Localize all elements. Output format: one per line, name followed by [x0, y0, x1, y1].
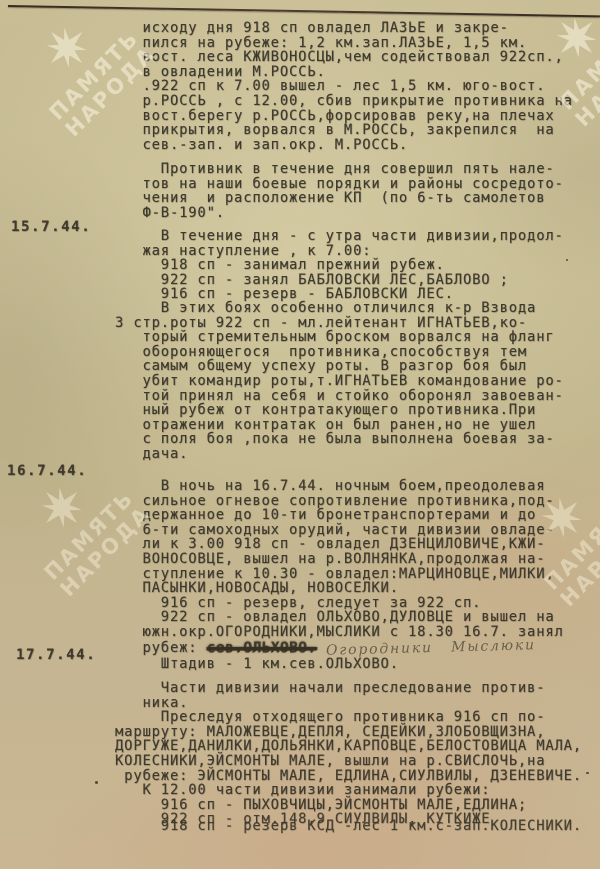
typed-line: в овладении М.РОССЬ.	[115, 65, 600, 80]
typed-line: сильное огневое сопротивление противника…	[115, 494, 600, 509]
page-top-rule	[8, 5, 600, 17]
typed-line: тов на наши боевые порядки и районы соср…	[115, 177, 600, 192]
typed-line: Ф-В-190".	[115, 206, 600, 221]
paragraph-enemy-raids: Противник в течение дня совершил пять на…	[115, 162, 600, 220]
typed-line: ПАСЫНКИ,НОВОСАДЫ, НОВОСЕЛКИ.	[115, 581, 600, 596]
paper-speck	[566, 259, 568, 261]
typed-line: ный рубеж от контратакующего противника.…	[115, 403, 600, 418]
rubezh-label: рубеж:	[115, 640, 207, 656]
typed-line: Преследуя отходящего противника 916 сп п…	[115, 710, 600, 725]
paragraph-ignatyev: В этих боях особенно отличился к-р Взвод…	[115, 301, 600, 462]
typed-line: торый стремительным броском ворвался на …	[115, 330, 600, 345]
typed-line: вост. леса КЖИВОНОСЦЫ,чем содействовал 9…	[115, 50, 600, 65]
typed-line: КОЛЕСНИКИ,ЭЙСМОНТЫ МАЛЕ, вышли на р.СВИС…	[115, 754, 600, 769]
typed-line: самым общему успеху роты. В разгор боя б…	[115, 359, 600, 374]
typed-line: рубеже: ЭЙСМОНТЫ МАЛЕ, ЕДЛИНА,СИУЛВИЛЫ, …	[115, 769, 600, 784]
typed-line: В течение дня - с утра части дивизии,про…	[115, 229, 600, 244]
paper-speck	[586, 772, 589, 774]
margin-date-16-7-44: 16.7.44.	[7, 463, 87, 479]
typed-line: В ночь на 16.7.44. ночным боем,преодолев…	[115, 479, 600, 494]
typed-line: прикрытия, ворвался в М.РОССЬ, закрепилс…	[115, 123, 600, 138]
typed-line: пился на рубеже: 1,2 км.зап.ЛАЗЬЕ, 1,5 к…	[115, 36, 600, 51]
typed-line: 3 стр.роты 922 сп - мл.лейтенант ИГНАТЬЕ…	[115, 316, 600, 331]
scanned-journal-page: 15.7.44. 16.7.44. 17.7.44. исходу дня 91…	[0, 0, 600, 869]
typed-line: убит командир роты,т.ИГНАТЬЕВ командован…	[115, 374, 600, 389]
typed-line: маршруту: МАЛОЖЕВЦЕ,ДЕПЛЯ, СЕДЕЙКИ,ЗЛОБО…	[115, 725, 600, 740]
typed-line: 6-ти самоходных орудий, части дивизии ов…	[115, 523, 600, 538]
typed-line: .922 сп к 7.00 вышел - лес 1,5 км. юго-в…	[115, 79, 600, 94]
margin-date-15-7-44: 15.7.44.	[11, 219, 91, 235]
typed-line: ступление к 10.30 - овладел:МАРЦИНОВЦЕ,М…	[115, 567, 600, 582]
margin-date-17-7-44: 17.7.44.	[16, 647, 96, 663]
paragraph-entry-16-7-44: В ночь на 16.7.44. ночным боем,преодолев…	[115, 479, 600, 640]
typed-line: 922 сп - занял БАБЛОВСКИ ЛЕС,БАБЛОВО ;	[115, 273, 600, 288]
typed-line: р.РОССЬ , с 12.00, сбив прикрытие против…	[115, 94, 600, 109]
typed-line: ника.	[115, 696, 600, 711]
typed-line: 922 сп - овладел ОЛЬХОВО,ДУЛОВЦЕ и вышел…	[115, 610, 600, 625]
rubezh-correction-line: рубеж: сев.ОЛЬХОВО.Огородники Мыслюки	[115, 640, 536, 656]
typed-line: ВОНОСОВЦЕ, вышел на р.ВОЛНЯНКА,продолжая…	[115, 552, 600, 567]
typed-line: 918 сп - занимал прежний рубеж.	[115, 258, 600, 273]
typed-line: К 12.00 части дивизии занимали рубежи:	[115, 783, 600, 798]
paper-speck	[95, 781, 98, 784]
typed-line: Противник в течение дня совершил пять на…	[115, 162, 600, 177]
typed-line: дача.	[115, 447, 600, 462]
typed-line: чения и расположение КП (по 6-ть самолет…	[115, 191, 600, 206]
typed-line: ДОРГУЖЕ,ДАНИЛКИ,ДОЛЬЯНКИ,КАРПОВЦЕ,БЕЛОСТ…	[115, 739, 600, 754]
typed-line: держанное до 10-ти бронетранспортерами и…	[115, 508, 600, 523]
typed-line: В этих боях особенно отличился к-р Взвод…	[115, 301, 600, 316]
struck-text: сев.ОЛЬХОВО.	[207, 640, 317, 656]
typed-line: с поля боя ,пока не была выполнена боева…	[115, 432, 600, 447]
paragraph-entry-15-7-44: В течение дня - с утра части дивизии,про…	[115, 229, 600, 302]
typed-line: той принял на себя и стойко оборонял зав…	[115, 389, 600, 404]
typed-line: вост.берегу р.РОССЬ,форсировав реку,на п…	[115, 109, 600, 124]
typed-line: 916 сп - резерв, следует за 922 сп.	[115, 596, 600, 611]
shtadiv-line: Штадив - 1 км.сев.ОЛЬХОВО.	[115, 656, 399, 672]
typed-line: исходу дня 918 сп овладел ЛАЗЬЕ и закре-	[115, 21, 600, 36]
typed-line: жая наступление , к 7.00:	[115, 244, 600, 259]
overstruck-line-918sp: 918 сп - резерв КСД -лес 1 км.с-зап.КОЛЕ…	[115, 818, 582, 834]
paragraph-entry-17-7-44: Части дивизии начали преследование проти…	[115, 681, 600, 812]
typed-line: Части дивизии начали преследование проти…	[115, 681, 600, 696]
typed-line: ли к 3.00 918 сп - овладел ДЗЕНЦИЛОВИЧЕ,…	[115, 537, 600, 552]
typed-line: сев.-зап. и зап.окр. М.РОССЬ.	[115, 138, 600, 153]
paragraph-continuation-918sp: исходу дня 918 сп овладел ЛАЗЬЕ и закре-…	[115, 21, 600, 152]
